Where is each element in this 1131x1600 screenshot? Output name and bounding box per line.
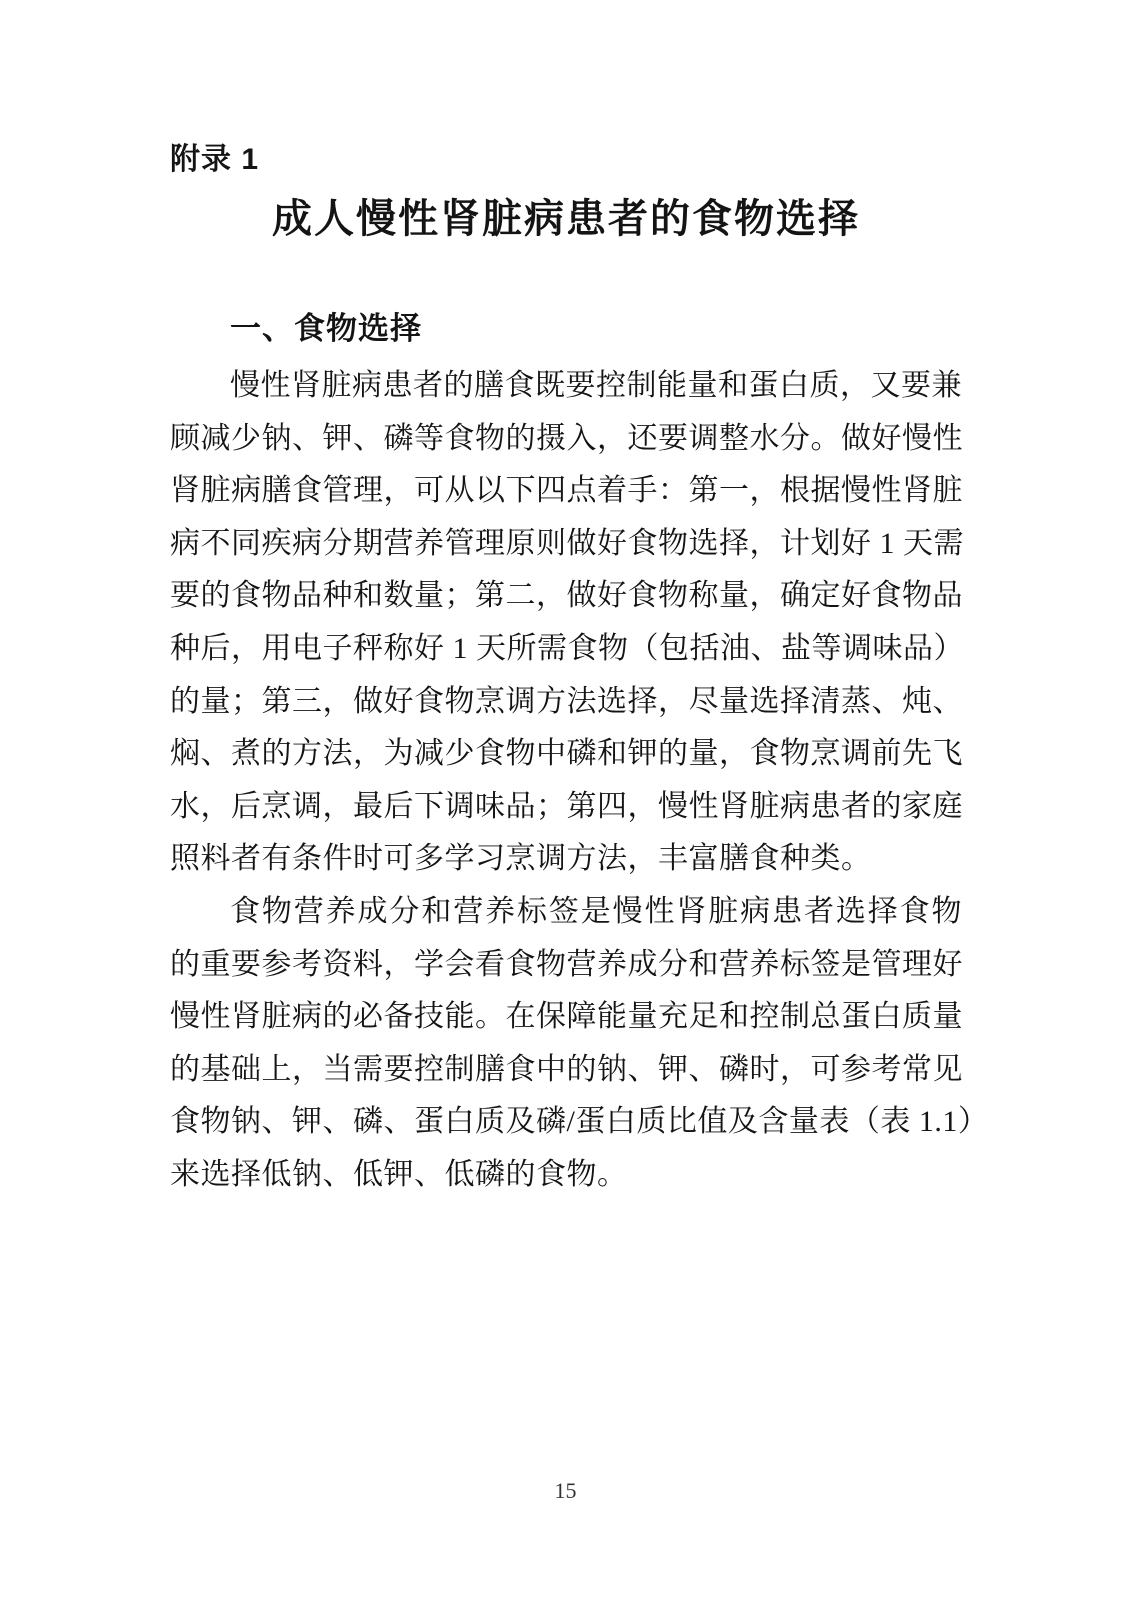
body-line: 食物钠、钾、磷、蛋白质及磷/蛋白质比值及含量表（表 1.1） bbox=[170, 1096, 962, 1149]
body-line: 焖、煮的方法，为减少食物中磷和钾的量，食物烹调前先飞 bbox=[170, 728, 962, 781]
body-line: 肾脏病膳食管理，可从以下四点着手：第一，根据慢性肾脏 bbox=[170, 465, 962, 518]
body-line: 水，后烹调，最后下调味品；第四，慢性肾脏病患者的家庭 bbox=[170, 781, 962, 834]
document-page: 附录 1 成人慢性肾脏病患者的食物选择 一、食物选择 慢性肾脏病患者的膳食既要控… bbox=[0, 0, 1131, 1600]
body-line: 要的食物品种和数量；第二，做好食物称量，确定好食物品 bbox=[170, 570, 962, 623]
paragraph-2: 食物营养成分和营养标签是慢性肾脏病患者选择食物 的重要参考资料，学会看食物营养成… bbox=[170, 886, 962, 1202]
appendix-label: 附录 1 bbox=[170, 140, 962, 180]
paragraph-1: 慢性肾脏病患者的膳食既要控制能量和蛋白质，又要兼 顾减少钠、钾、磷等食物的摄入，… bbox=[170, 360, 962, 886]
body-line: 来选择低钠、低钾、低磷的食物。 bbox=[170, 1149, 962, 1202]
body-line: 的基础上，当需要控制膳食中的钠、钾、磷时，可参考常见 bbox=[170, 1044, 962, 1097]
body-line: 的量；第三，做好食物烹调方法选择，尽量选择清蒸、炖、 bbox=[170, 676, 962, 729]
body-line: 的重要参考资料，学会看食物营养成分和营养标签是管理好 bbox=[170, 939, 962, 992]
page-title: 成人慢性肾脏病患者的食物选择 bbox=[170, 192, 962, 246]
body-line: 照料者有条件时可多学习烹调方法，丰富膳食种类。 bbox=[170, 833, 962, 886]
body-line: 慢性肾脏病患者的膳食既要控制能量和蛋白质，又要兼 bbox=[170, 360, 962, 413]
body-line: 种后，用电子秤称好 1 天所需食物（包括油、盐等调味品） bbox=[170, 623, 962, 676]
body-line: 食物营养成分和营养标签是慢性肾脏病患者选择食物 bbox=[170, 886, 962, 939]
section-heading: 一、食物选择 bbox=[230, 308, 962, 350]
body-text: 慢性肾脏病患者的膳食既要控制能量和蛋白质，又要兼 顾减少钠、钾、磷等食物的摄入，… bbox=[170, 360, 962, 1202]
body-line: 慢性肾脏病的必备技能。在保障能量充足和控制总蛋白质量 bbox=[170, 991, 962, 1044]
page-number: 15 bbox=[0, 1478, 1131, 1504]
body-line: 顾减少钠、钾、磷等食物的摄入，还要调整水分。做好慢性 bbox=[170, 413, 962, 466]
body-line: 病不同疾病分期营养管理原则做好食物选择，计划好 1 天需 bbox=[170, 518, 962, 571]
